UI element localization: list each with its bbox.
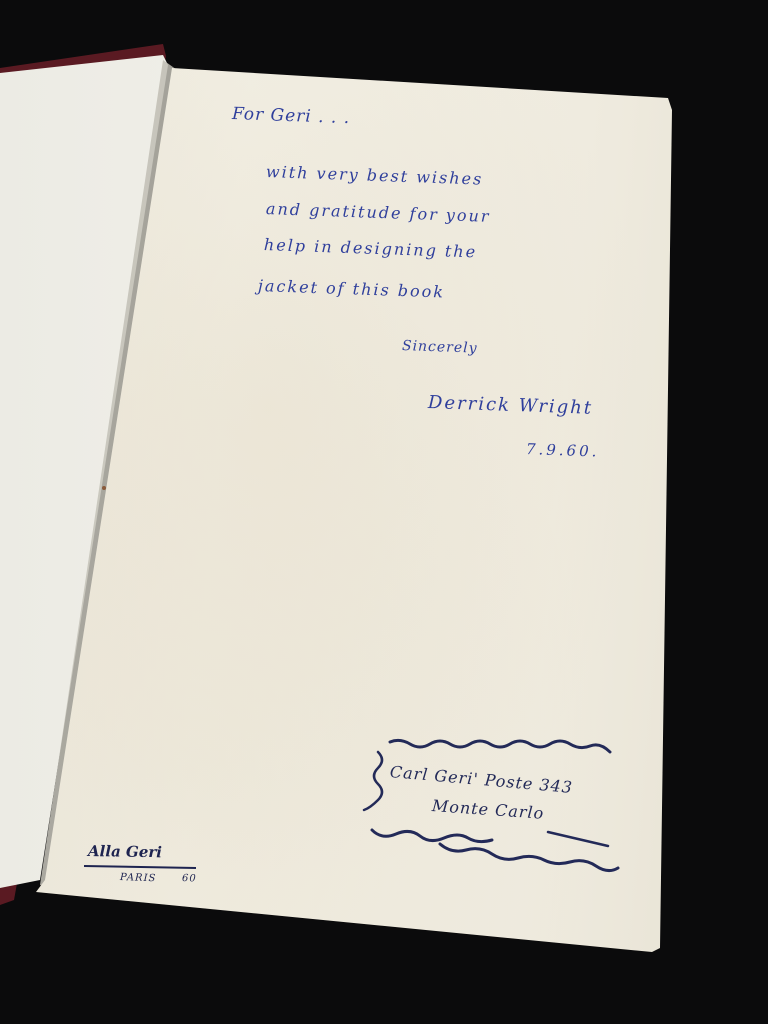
address-stamp: Carl Geri' Poste 343 Monte Carlo: [360, 728, 670, 878]
foxing-spot: [102, 486, 106, 490]
photo-scene: For Geri . . . with very best wishes and…: [0, 0, 768, 1024]
artist-year: 60: [182, 873, 197, 885]
inscription-date: 7.9.60.: [526, 440, 600, 461]
artist-place: PARIS: [120, 872, 157, 884]
inscription-greeting: For Geri . . .: [232, 104, 351, 128]
inscription-closing: Sincerely: [402, 338, 478, 357]
artist-name: Alla Geri: [88, 842, 162, 861]
artist-signature-mark: Alla Geri PARIS 60: [84, 838, 214, 898]
signature-underline: [84, 865, 196, 869]
